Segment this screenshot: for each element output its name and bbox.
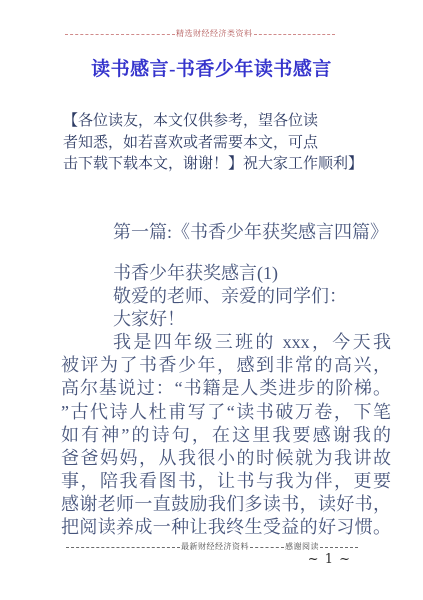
text-line: 如有神”的诗句，在这里我要感谢我的 (61, 424, 391, 447)
header-dash-left (65, 34, 175, 35)
header-dash-right (254, 34, 336, 35)
footer-dash-2 (250, 547, 284, 548)
footer-rule: 最新财经经济资料 感谢阅读 (66, 542, 358, 552)
text-line: 感谢老师一直鼓励我们多读书，读好书， (61, 493, 391, 516)
footer-right-label: 感谢阅读 (284, 542, 320, 552)
text-line: 【各位读友，本文仅供参考，望各位读 (63, 111, 363, 133)
text-line: 高尔基说过：“书籍是人类进步的阶梯。 (61, 377, 391, 400)
page-number: ~ 1 ~ (308, 552, 351, 567)
notice-paragraph: 【各位读友，本文仅供参考，望各位读者知悉，如若喜欢或者需要本文，可点击下载下载本… (63, 111, 363, 176)
text-line: 我是四年级三班的 xxx，今天我 (61, 331, 391, 354)
header-brand-text: 精选财经经济类资料 (175, 29, 254, 39)
footer-left-label: 最新财经经济资料 (180, 542, 250, 552)
body-paragraphs: 书香少年获奖感言(1)敬爱的老师、亲爱的同学们：大家好！我是四年级三班的 xxx… (61, 262, 391, 539)
text-line: 事，陪我看图书，让书与我为伴，更要 (61, 470, 391, 493)
text-line: 者知悉，如若喜欢或者需要本文，可点 (63, 133, 363, 155)
text-line: 把阅读养成一种让我终生受益的好习惯。 (61, 516, 391, 539)
footer-dash-1 (66, 547, 180, 548)
text-line: 大家好！ (61, 308, 391, 331)
footer-dash-3 (320, 547, 358, 548)
text-line: 书香少年获奖感言(1) (61, 262, 391, 285)
text-line: 敬爱的老师、亲爱的同学们： (61, 285, 391, 308)
document-title: 读书感言-书香少年读书感言 (0, 54, 423, 81)
text-line: 击下载下载本文，谢谢！】祝大家工作顺利】 (63, 154, 363, 176)
text-line: 被评为了书香少年，感到非常的高兴， (61, 354, 391, 377)
header-rule: 精选财经经济类资料 (65, 29, 335, 39)
section-heading: 第一篇:《书香少年获奖感言四篇》 (61, 218, 401, 244)
text-line: 爸爸妈妈，从我很小的时候就为我讲故 (61, 447, 391, 470)
document-page: 精选财经经济类资料 读书感言-书香少年读书感言 【各位读友，本文仅供参考，望各位… (0, 0, 423, 600)
text-line: ”古代诗人杜甫写了“读书破万卷，下笔 (61, 401, 391, 424)
